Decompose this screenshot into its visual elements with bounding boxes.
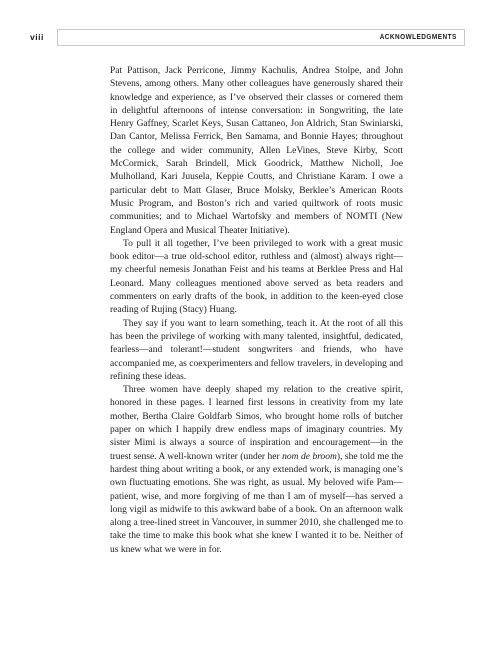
book-page: viii ACKNOWLEDGMENTS Pat Pattison, Jack … bbox=[0, 0, 500, 667]
running-header: viii ACKNOWLEDGMENTS bbox=[0, 29, 500, 47]
paragraph: Three women have deeply shaped my relati… bbox=[110, 384, 403, 557]
body-text: Pat Pattison, Jack Perricone, Jimmy Kach… bbox=[110, 65, 403, 557]
text-segment: To pull it all together, I’ve been privi… bbox=[110, 239, 403, 315]
italic-text: nom de broom bbox=[282, 452, 337, 462]
paragraph: They say if you want to learn something,… bbox=[110, 318, 403, 384]
running-title: ACKNOWLEDGMENTS bbox=[380, 34, 457, 41]
text-segment: ), she told me the hardest thing about w… bbox=[110, 452, 403, 555]
paragraph: Pat Pattison, Jack Perricone, Jimmy Kach… bbox=[110, 65, 403, 238]
page-number: viii bbox=[30, 32, 44, 42]
paragraph: To pull it all together, I’ve been privi… bbox=[110, 238, 403, 318]
header-rule-box: ACKNOWLEDGMENTS bbox=[57, 29, 465, 46]
text-segment: They say if you want to learn something,… bbox=[110, 319, 403, 382]
text-segment: Three women have deeply shaped my relati… bbox=[110, 385, 403, 461]
text-segment: Pat Pattison, Jack Perricone, Jimmy Kach… bbox=[110, 66, 403, 236]
